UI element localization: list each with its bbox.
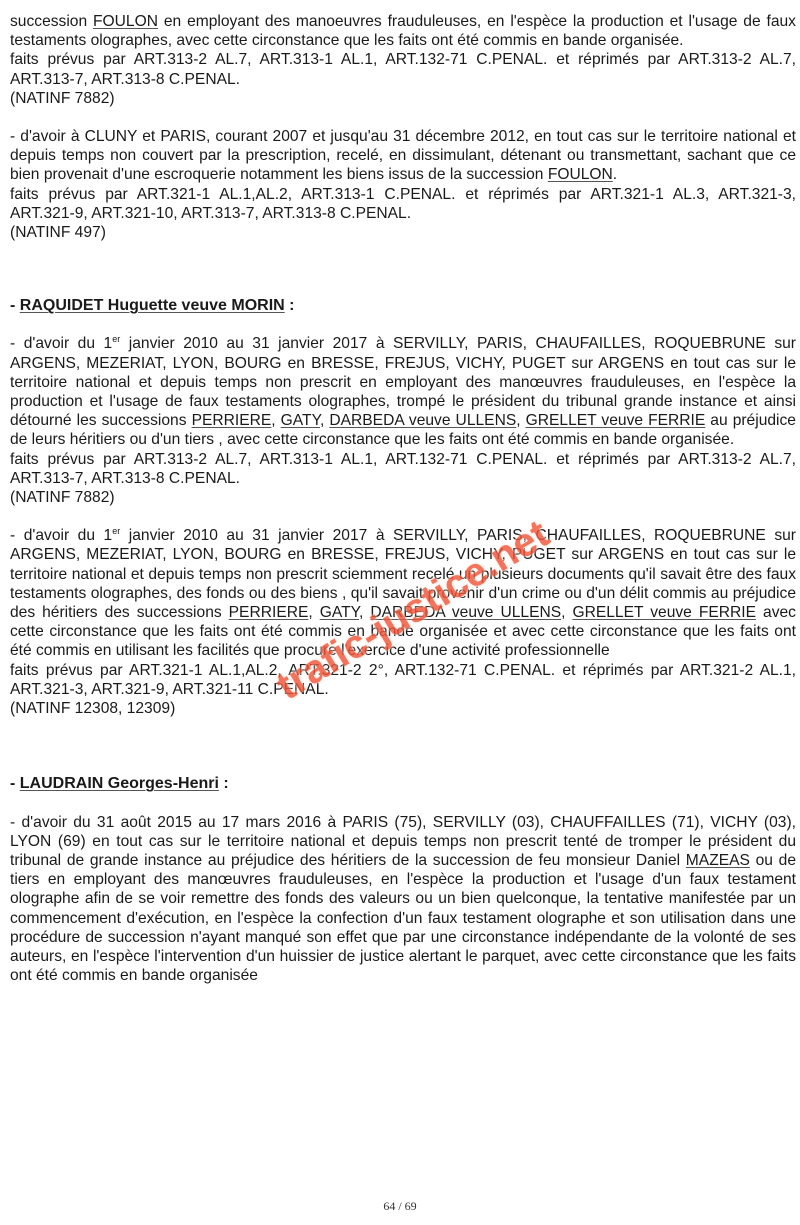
charge-continuation: succession FOULON en employant des manoe… — [10, 12, 796, 50]
legal-articles: faits prévus par ART.321-1 AL.1,AL.2, AR… — [10, 661, 796, 699]
succession-name: DARBEDA veuve ULLENS — [370, 604, 561, 621]
succession-name: FOULON — [93, 13, 158, 30]
deceased-name: MAZEAS — [686, 852, 750, 869]
succession-name: PERRIERE — [229, 604, 309, 621]
succession-name: GATY — [281, 412, 320, 429]
succession-name: GRELLET veuve FERRIE — [526, 412, 706, 429]
defendant-name: LAUDRAIN Georges-Henri — [20, 775, 219, 792]
natinf-code: (NATINF 12308, 12309) — [10, 699, 796, 718]
legal-articles: faits prévus par ART.313-2 AL.7, ART.313… — [10, 50, 796, 88]
succession-name: GATY — [320, 604, 359, 621]
page-number: 64 / 69 — [0, 1199, 800, 1214]
succession-name: DARBEDA veuve ULLENS — [329, 412, 516, 429]
legal-articles: faits prévus par ART.313-2 AL.7, ART.313… — [10, 450, 796, 488]
succession-name: FOULON — [548, 166, 613, 183]
defendant-heading: - LAUDRAIN Georges-Henri : — [10, 774, 796, 793]
defendant-heading: - RAQUIDET Huguette veuve MORIN : — [10, 296, 796, 315]
succession-name: GRELLET veuve FERRIE — [572, 604, 756, 621]
charge-paragraph: - d'avoir du 31 août 2015 au 17 mars 201… — [10, 813, 796, 986]
charge-paragraph: - d'avoir du 1er janvier 2010 au 31 janv… — [10, 526, 796, 660]
charge-paragraph: - d'avoir du 1er janvier 2010 au 31 janv… — [10, 334, 796, 449]
succession-name: PERRIERE — [192, 412, 272, 429]
charge-paragraph: - d'avoir à CLUNY et PARIS, courant 2007… — [10, 127, 796, 185]
document-page: succession FOULON en employant des manoe… — [10, 12, 796, 985]
natinf-code: (NATINF 497) — [10, 223, 796, 242]
natinf-code: (NATINF 7882) — [10, 89, 796, 108]
legal-articles: faits prévus par ART.321-1 AL.1,AL.2, AR… — [10, 185, 796, 223]
natinf-code: (NATINF 7882) — [10, 488, 796, 507]
defendant-name: RAQUIDET Huguette veuve MORIN — [20, 297, 285, 314]
